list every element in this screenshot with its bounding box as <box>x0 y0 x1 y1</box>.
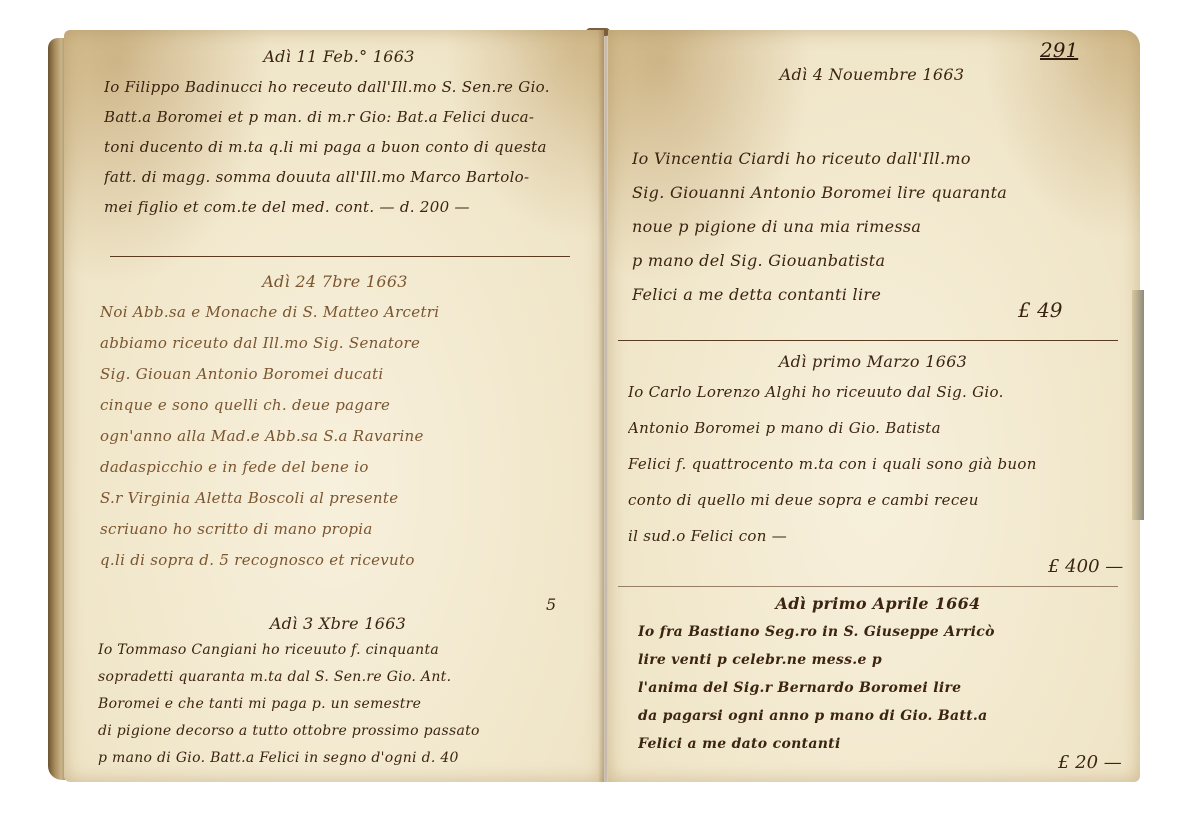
entry-amount: £ 49 <box>1018 298 1063 322</box>
ledger-entry-3: Adì 3 Xbre 1663 Io Tommaso Cangiani ho r… <box>98 610 578 772</box>
entry-line: Felici a me dato contanti <box>638 730 1118 758</box>
entry-line: q.li di sopra d. 5 recognosco et ricevut… <box>100 545 570 576</box>
entry-line: abbiamo riceuto dal Ill.mo Sig. Senatore <box>100 328 570 359</box>
entry-date: Adì primo Marzo 1663 <box>628 350 1118 374</box>
right-page: 291 Adì 4 Nouembre 1663 Io Vincentia Cia… <box>608 30 1140 782</box>
entry-line: scriuano ho scritto di mano propia <box>100 514 570 545</box>
entry-line: Sig. Giouanni Antonio Boromei lire quara… <box>632 176 1112 210</box>
entry-line: fatt. di magg. somma douuta all'Ill.mo M… <box>104 162 574 192</box>
ledger-entry-2: Adì 24 7bre 1663 Noi Abb.sa e Monache di… <box>100 266 570 576</box>
entry-line: Batt.a Boromei et p man. di m.r Gio: Bat… <box>104 102 574 132</box>
entry-line: conto di quello mi deue sopra e cambi re… <box>628 482 1118 518</box>
entry-line: Io Vincentia Ciardi ho riceuto dall'Ill.… <box>632 142 1112 176</box>
entry-line: Io Carlo Lorenzo Alghi ho riceuuto dal S… <box>628 374 1118 410</box>
entry-line: Io fra Bastiano Seg.ro in S. Giuseppe Ar… <box>638 618 1118 646</box>
entry-divider <box>618 340 1118 341</box>
entry-line: il sud.o Felici con — <box>628 518 1118 554</box>
entry-line: Io Tommaso Cangiani ho riceuuto f. cinqu… <box>98 637 578 664</box>
entry-line: Noi Abb.sa e Monache di S. Matteo Arcetr… <box>100 297 570 328</box>
ledger-entry-1: Adì 11 Feb.° 1663 Io Filippo Badinucci h… <box>104 42 574 222</box>
entry-line: mei figlio et com.te del med. cont. — d.… <box>104 192 574 222</box>
entry-line: lire venti p celebr.ne mess.e p <box>638 646 1118 674</box>
entry-date: Adì 11 Feb.° 1663 <box>104 42 574 72</box>
entry-line: di pigione decorso a tutto ottobre pross… <box>98 718 578 745</box>
entry-date: Adì primo Aprile 1664 <box>638 590 1118 618</box>
entry-line: toni ducento di m.ta q.li mi paga a buon… <box>104 132 574 162</box>
entry-line: da pagarsi ogni anno p mano di Gio. Batt… <box>638 702 1118 730</box>
entry-date: Adì 4 Nouembre 1663 <box>632 58 1112 92</box>
entry-date: Adì 3 Xbre 1663 <box>98 610 578 637</box>
entry-line: cinque e sono quelli ch. deue pagare <box>100 390 570 421</box>
ledger-entry-5: Adì primo Marzo 1663 Io Carlo Lorenzo Al… <box>628 350 1118 554</box>
entry-divider <box>110 256 570 257</box>
entry-line: Io Filippo Badinucci ho receuto dall'Ill… <box>104 72 574 102</box>
entry-amount: £ 20 — <box>1058 752 1122 773</box>
entry-line: l'anima del Sig.r Bernardo Boromei lire <box>638 674 1118 702</box>
entry-line: Antonio Boromei p mano di Gio. Batista <box>628 410 1118 446</box>
entry-line: noue p pigione di una mia rimessa <box>632 210 1112 244</box>
entry-line: S.r Virginia Aletta Boscoli al presente <box>100 483 570 514</box>
entry-line: Boromei e che tanti mi paga p. un semest… <box>98 691 578 718</box>
entry-line: sopradetti quaranta m.ta dal S. Sen.re G… <box>98 664 578 691</box>
ledger-entry-6: Adì primo Aprile 1664 Io fra Bastiano Se… <box>638 590 1118 758</box>
open-manuscript-book: Adì 11 Feb.° 1663 Io Filippo Badinucci h… <box>0 0 1200 821</box>
entry-line: Sig. Giouan Antonio Boromei ducati <box>100 359 570 390</box>
entry-divider <box>618 586 1118 587</box>
entry-line: p mano di Gio. Batt.a Felici in segno d'… <box>98 745 578 772</box>
entry-line: dadaspicchio e in fede del bene io <box>100 452 570 483</box>
ledger-entry-4: Adì 4 Nouembre 1663 Io Vincentia Ciardi … <box>632 58 1112 312</box>
page-edge-right <box>1132 290 1144 520</box>
left-page: Adì 11 Feb.° 1663 Io Filippo Badinucci h… <box>64 30 604 782</box>
entry-date: Adì 24 7bre 1663 <box>100 266 570 297</box>
entry-line: Felici f. quattrocento m.ta con i quali … <box>628 446 1118 482</box>
entry-line: p mano del Sig. Giouanbatista <box>632 244 1112 278</box>
entry-amount: £ 400 — <box>1048 556 1123 577</box>
entry-line: ogn'anno alla Mad.e Abb.sa S.a Ravarine <box>100 421 570 452</box>
